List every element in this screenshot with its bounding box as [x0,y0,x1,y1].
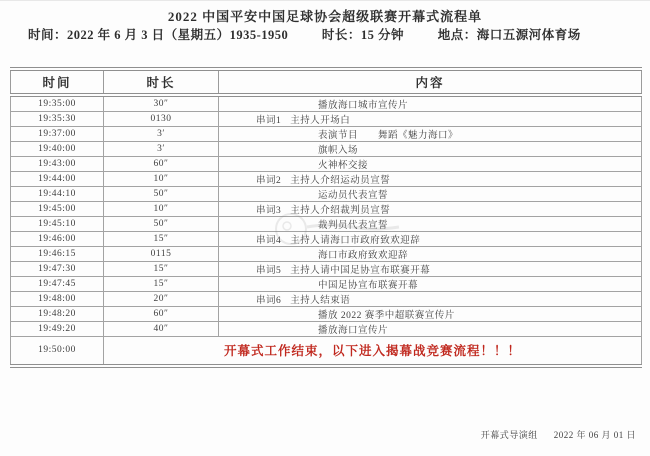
row-text: 主持人请海口市政府致欢迎辞 [290,236,420,246]
row-text: 播放海口城市宣传片 [318,101,408,111]
row-text: 主持人请中国足协宣布联赛开幕 [290,266,430,276]
table-row: 19:46:00 15″ 串词4主持人请海口市政府致欢迎辞 [11,232,642,247]
row-content: 播放 2022 赛季中超联赛宣传片 [219,307,642,322]
row-text: 表演节目 舞蹈《魅力海口》 [318,131,458,141]
row-duration: 15″ [104,277,219,292]
row-duration: 20″ [104,292,219,307]
row-text: 主持人结束语 [290,296,350,306]
row-time: 19:49:20 [11,322,104,337]
row-text: 火神杯交接 [318,161,368,171]
row-label: 串词3 [256,206,281,216]
row-duration: 15″ [104,232,219,247]
row-duration: 0130 [104,112,219,127]
row-time: 19:48:00 [11,292,104,307]
row-content: 串词5主持人请中国足协宣布联赛开幕 [219,262,642,277]
row-text: 播放海口宣传片 [318,326,388,336]
row-duration: 40″ [104,322,219,337]
table-row: 19:35:30 0130 串词1主持人开场白 [11,112,642,127]
final-row-time: 19:50:00 [11,337,104,366]
table-row: 19:47:30 15″ 串词5主持人请中国足协宣布联赛开幕 [11,262,642,277]
row-time: 19:35:30 [11,112,104,127]
table-row: 19:48:20 60″ 播放 2022 赛季中超联赛宣传片 [11,307,642,322]
row-text: 中国足协宣布联赛开幕 [318,281,418,291]
row-label: 串词6 [256,296,281,306]
schedule-final: 19:50:00 开幕式工作结束，以下进入揭幕战竞赛流程！！！ [11,337,642,366]
row-time: 19:46:15 [11,247,104,262]
row-text: 播放 2022 赛季中超联赛宣传片 [318,311,455,321]
row-duration: 15″ [104,262,219,277]
table-row: 19:40:00 3′ 旗帜入场 [11,142,642,157]
row-text: 运动员代表宣誓 [318,191,388,201]
row-duration: 3′ [104,142,219,157]
row-time: 19:44:00 [11,172,104,187]
row-label: 串词2 [256,176,281,186]
table-row: 19:37:00 3′ 表演节目 舞蹈《魅力海口》 [11,127,642,142]
footer-author: 开幕式导演组 [481,430,538,440]
table-row: 19:45:10 50″ 裁判员代表宣誓 [11,217,642,232]
row-time: 19:46:00 [11,232,104,247]
final-row-content: 开幕式工作结束，以下进入揭幕战竞赛流程！！！ [104,337,642,366]
row-time: 19:48:20 [11,307,104,322]
row-content: 串词4主持人请海口市政府致欢迎辞 [219,232,642,247]
row-text: 主持人介绍裁判员宣誓 [290,206,390,216]
col-header-time: 时间 [11,69,104,95]
info-time: 时间：2022 年 6 月 3 日（星期五）1935-1950 [28,28,288,42]
info-venue: 地点：海口五源河体育场 [438,28,581,42]
row-label: 串词1 [256,116,281,126]
document-page: 2022 中国平安中国足球协会超级联赛开幕式流程单 时间：2022 年 6 月 … [0,0,650,456]
row-text: 主持人介绍运动员宣誓 [290,176,390,186]
row-content: 播放海口城市宣传片 [219,95,642,112]
row-content: 中国足协宣布联赛开幕 [219,277,642,292]
row-time: 19:44:10 [11,187,104,202]
row-content: 串词1主持人开场白 [219,112,642,127]
row-text: 旗帜入场 [318,146,358,156]
row-time: 19:47:30 [11,262,104,277]
table-row: 19:49:20 40″ 播放海口宣传片 [11,322,642,337]
row-content: 串词2主持人介绍运动员宣誓 [219,172,642,187]
row-time: 19:43:00 [11,157,104,172]
header-row: 时间 时长 内容 [11,69,642,95]
row-duration: 50″ [104,187,219,202]
row-time: 19:37:00 [11,127,104,142]
row-content: 旗帜入场 [219,142,642,157]
row-text: 裁判员代表宣誓 [318,221,388,231]
row-content: 串词6主持人结束语 [219,292,642,307]
row-time: 19:47:45 [11,277,104,292]
row-time: 19:35:00 [11,95,104,112]
row-content: 播放海口宣传片 [219,322,642,337]
row-text: 海口市政府致欢迎辞 [318,251,408,261]
table-row: 19:43:00 60″ 火神杯交接 [11,157,642,172]
table-row: 19:48:00 20″ 串词6主持人结束语 [11,292,642,307]
row-content: 海口市政府致欢迎辞 [219,247,642,262]
row-duration: 60″ [104,307,219,322]
page-title: 2022 中国平安中国足球协会超级联赛开幕式流程单 [0,6,650,25]
row-duration: 3′ [104,127,219,142]
row-label: 串词5 [256,266,281,276]
footer-date: 2022 年 06 月 01 日 [554,430,636,440]
col-header-content: 内容 [219,69,642,95]
info-duration: 时长：15 分钟 [322,28,404,42]
schedule-table: 时间 时长 内容 19:35:00 30″ 播放海口城市宣传片 19:35:30… [10,67,642,368]
row-time: 19:45:10 [11,217,104,232]
row-time: 19:40:00 [11,142,104,157]
row-content: 表演节目 舞蹈《魅力海口》 [219,127,642,142]
footer: 开幕式导演组2022 年 06 月 01 日 [481,428,636,441]
row-duration: 0115 [104,247,219,262]
table-row: 19:35:00 30″ 播放海口城市宣传片 [11,95,642,112]
row-content: 运动员代表宣誓 [219,187,642,202]
row-duration: 50″ [104,217,219,232]
row-duration: 30″ [104,95,219,112]
table-row: 19:47:45 15″ 中国足协宣布联赛开幕 [11,277,642,292]
row-content: 火神杯交接 [219,157,642,172]
col-header-duration: 时长 [104,69,219,95]
info-line: 时间：2022 年 6 月 3 日（星期五）1935-1950 时长：15 分钟… [28,25,638,43]
row-duration: 10″ [104,202,219,217]
row-label: 串词4 [256,236,281,246]
row-duration: 60″ [104,157,219,172]
table-row: 19:45:00 10″ 串词3主持人介绍裁判员宣誓 [11,202,642,217]
row-content: 裁判员代表宣誓 [219,217,642,232]
table-row: 19:46:15 0115 海口市政府致欢迎辞 [11,247,642,262]
final-row: 19:50:00 开幕式工作结束，以下进入揭幕战竞赛流程！！！ [11,337,642,366]
schedule-rows: 19:35:00 30″ 播放海口城市宣传片 19:35:30 0130 串词1… [11,95,642,337]
row-content: 串词3主持人介绍裁判员宣誓 [219,202,642,217]
table-row: 19:44:00 10″ 串词2主持人介绍运动员宣誓 [11,172,642,187]
row-time: 19:45:00 [11,202,104,217]
row-duration: 10″ [104,172,219,187]
row-text: 主持人开场白 [290,116,350,126]
table-row: 19:44:10 50″ 运动员代表宣誓 [11,187,642,202]
